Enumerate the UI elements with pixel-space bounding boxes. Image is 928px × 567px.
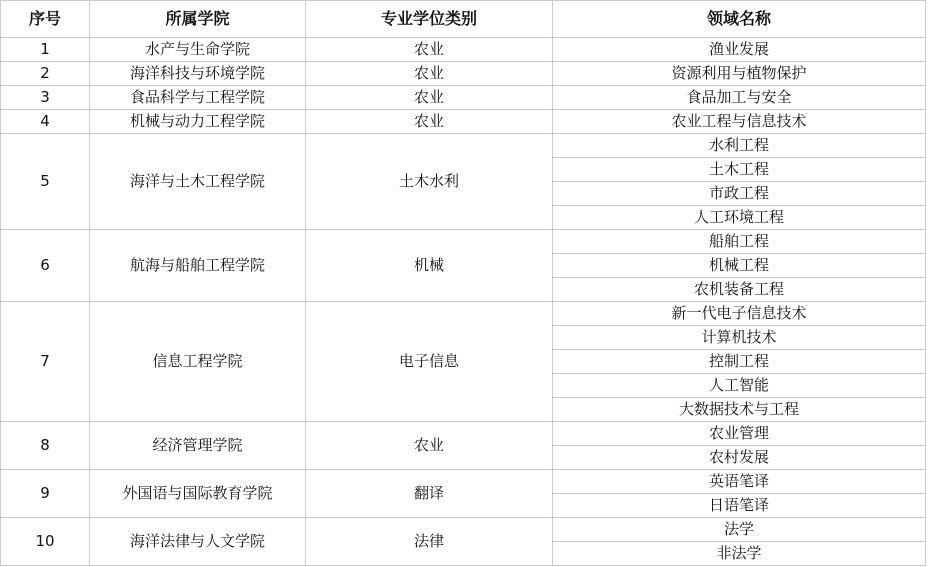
cell-college: 机械与动力工程学院 xyxy=(90,110,306,134)
degree-fields-table: 序号 所属学院 专业学位类别 领域名称 1 水产与生命学院 农业 渔业发展 2 … xyxy=(0,0,926,566)
cell-category: 翻译 xyxy=(306,470,553,518)
cell-field: 新一代电子信息技术 xyxy=(553,302,926,326)
cell-college: 海洋科技与环境学院 xyxy=(90,62,306,86)
cell-college: 航海与船舶工程学院 xyxy=(90,230,306,302)
cell-college: 水产与生命学院 xyxy=(90,38,306,62)
cell-no: 3 xyxy=(1,86,90,110)
cell-category: 电子信息 xyxy=(306,302,553,422)
cell-no: 8 xyxy=(1,422,90,470)
cell-college: 食品科学与工程学院 xyxy=(90,86,306,110)
cell-no: 2 xyxy=(1,62,90,86)
cell-college: 海洋法律与人文学院 xyxy=(90,518,306,566)
cell-field: 人工智能 xyxy=(553,374,926,398)
cell-field: 法学 xyxy=(553,518,926,542)
cell-college: 海洋与土木工程学院 xyxy=(90,134,306,230)
cell-field: 日语笔译 xyxy=(553,494,926,518)
table-row: 1 水产与生命学院 农业 渔业发展 xyxy=(1,38,926,62)
cell-no: 7 xyxy=(1,302,90,422)
cell-college: 经济管理学院 xyxy=(90,422,306,470)
cell-category: 农业 xyxy=(306,38,553,62)
cell-field: 机械工程 xyxy=(553,254,926,278)
cell-field: 农机装备工程 xyxy=(553,278,926,302)
cell-category: 农业 xyxy=(306,86,553,110)
cell-no: 4 xyxy=(1,110,90,134)
cell-field: 农业工程与信息技术 xyxy=(553,110,926,134)
cell-field: 资源利用与植物保护 xyxy=(553,62,926,86)
cell-college: 信息工程学院 xyxy=(90,302,306,422)
cell-category: 农业 xyxy=(306,110,553,134)
header-row: 序号 所属学院 专业学位类别 领域名称 xyxy=(1,1,926,38)
cell-field: 大数据技术与工程 xyxy=(553,398,926,422)
cell-no: 10 xyxy=(1,518,90,566)
cell-field: 人工环境工程 xyxy=(553,206,926,230)
table-row: 9 外国语与国际教育学院 翻译 英语笔译 xyxy=(1,470,926,494)
cell-field: 土木工程 xyxy=(553,158,926,182)
header-college: 所属学院 xyxy=(90,1,306,38)
table-row: 5 海洋与土木工程学院 土木水利 水利工程 xyxy=(1,134,926,158)
cell-category: 土木水利 xyxy=(306,134,553,230)
cell-field: 计算机技术 xyxy=(553,326,926,350)
table-row: 8 经济管理学院 农业 农业管理 xyxy=(1,422,926,446)
cell-no: 9 xyxy=(1,470,90,518)
cell-category: 机械 xyxy=(306,230,553,302)
cell-field: 船舶工程 xyxy=(553,230,926,254)
cell-no: 1 xyxy=(1,38,90,62)
cell-field: 食品加工与安全 xyxy=(553,86,926,110)
cell-field: 市政工程 xyxy=(553,182,926,206)
cell-category: 农业 xyxy=(306,62,553,86)
table-row: 7 信息工程学院 电子信息 新一代电子信息技术 xyxy=(1,302,926,326)
cell-field: 非法学 xyxy=(553,542,926,566)
table-row: 3 食品科学与工程学院 农业 食品加工与安全 xyxy=(1,86,926,110)
cell-no: 6 xyxy=(1,230,90,302)
cell-field: 农村发展 xyxy=(553,446,926,470)
cell-field: 渔业发展 xyxy=(553,38,926,62)
header-field: 领域名称 xyxy=(553,1,926,38)
cell-no: 5 xyxy=(1,134,90,230)
header-category: 专业学位类别 xyxy=(306,1,553,38)
table-row: 2 海洋科技与环境学院 农业 资源利用与植物保护 xyxy=(1,62,926,86)
cell-field: 控制工程 xyxy=(553,350,926,374)
cell-college: 外国语与国际教育学院 xyxy=(90,470,306,518)
cell-category: 农业 xyxy=(306,422,553,470)
cell-field: 水利工程 xyxy=(553,134,926,158)
table-row: 10 海洋法律与人文学院 法律 法学 xyxy=(1,518,926,542)
table-row: 4 机械与动力工程学院 农业 农业工程与信息技术 xyxy=(1,110,926,134)
table-row: 6 航海与船舶工程学院 机械 船舶工程 xyxy=(1,230,926,254)
cell-category: 法律 xyxy=(306,518,553,566)
cell-field: 英语笔译 xyxy=(553,470,926,494)
cell-field: 农业管理 xyxy=(553,422,926,446)
header-no: 序号 xyxy=(1,1,90,38)
